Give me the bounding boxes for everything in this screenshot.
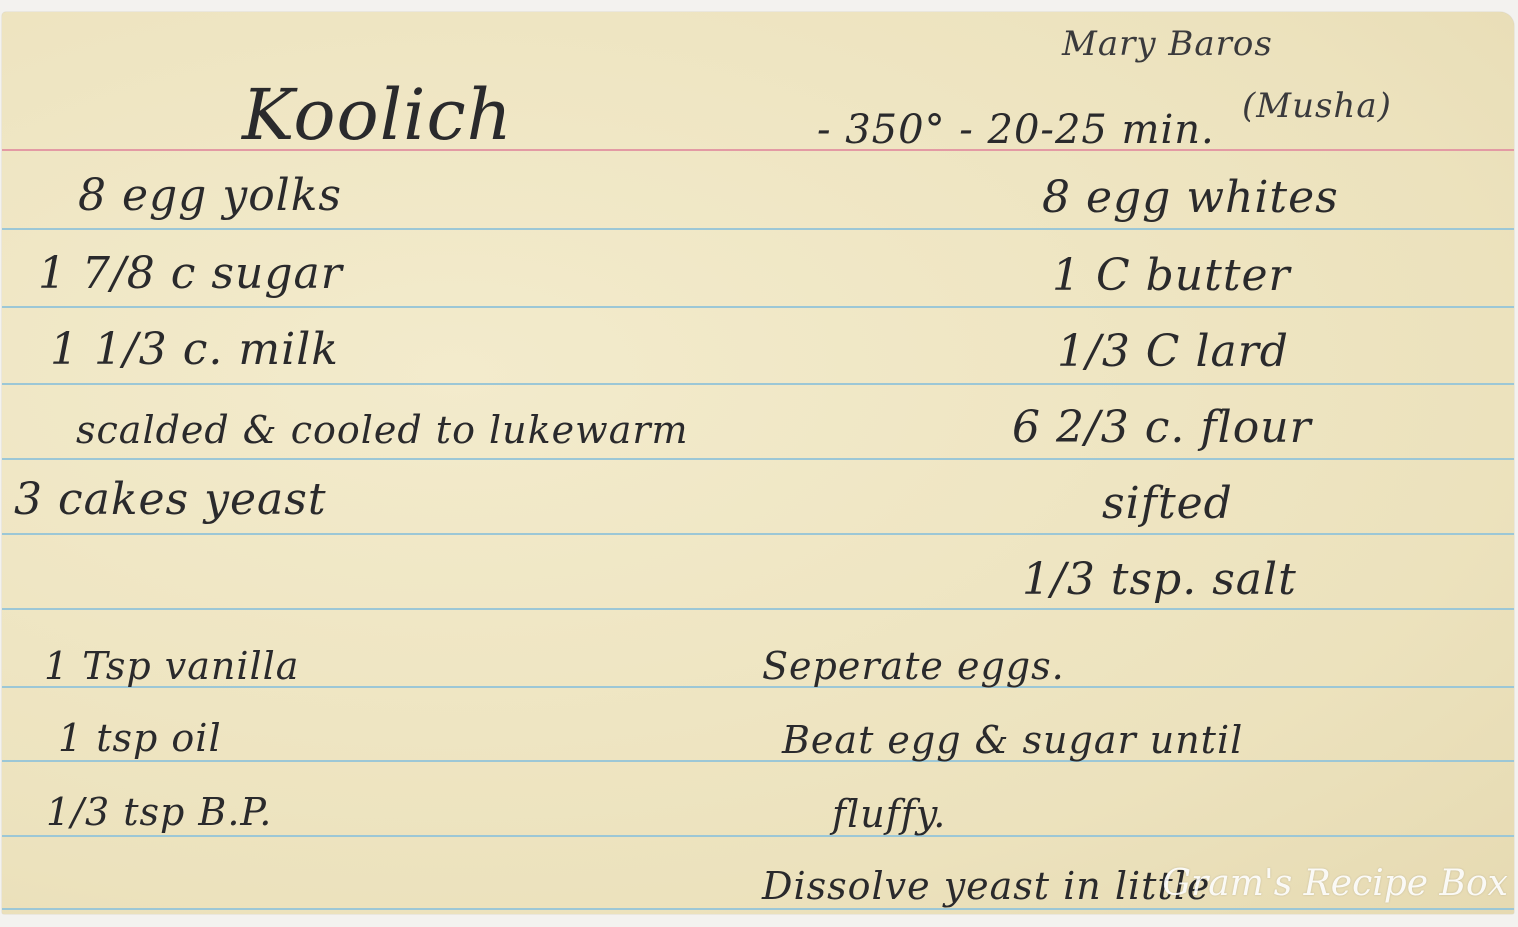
recipe-author: Mary Baros [1062,24,1273,64]
blue-rule [2,533,1514,535]
ingredient-note: sifted [1102,478,1233,529]
blue-rule [2,608,1514,610]
ingredient-line: 1/3 tsp B.P. [46,790,272,834]
direction-line: Beat egg & sugar until [782,718,1243,762]
blue-rule [2,908,1514,910]
ingredient-line: 6 2/3 c. flour [1012,402,1312,453]
direction-line: fluffy. [832,792,946,836]
ingredient-line: 8 egg yolks [78,170,342,221]
ingredient-line: 8 egg whites [1042,172,1339,223]
blue-rule [2,760,1514,762]
ingredient-line: 1/3 tsp. salt [1022,554,1297,605]
ingredient-line: 1 Tsp vanilla [44,644,299,688]
blue-rule [2,383,1514,385]
author-nickname: (Musha) [1242,86,1392,126]
ingredient-line: 1 tsp oil [58,716,222,760]
baking-instructions: - 350° - 20-25 min. [817,107,1215,153]
ingredient-line: 1 1/3 c. milk [50,324,339,375]
ingredient-line: 3 cakes yeast [14,474,327,525]
ingredient-line: 1 C butter [1052,250,1291,301]
ingredient-line: 1 7/8 c sugar [38,248,343,299]
recipe-title: Koolich [242,74,513,156]
blue-rule [2,228,1514,230]
blue-rule [2,306,1514,308]
direction-line: Dissolve yeast in little [762,864,1210,908]
ingredient-note: scalded & cooled to lukewarm [76,408,689,452]
ingredient-line: 1/3 C lard [1057,326,1289,377]
blue-rule [2,835,1514,837]
watermark: Gram's Recipe Box [1162,863,1508,904]
recipe-card: Koolich - 350° - 20-25 min. Mary Baros (… [2,12,1514,914]
direction-line: Seperate eggs. [762,644,1065,688]
blue-rule [2,458,1514,460]
red-header-rule [2,149,1514,151]
